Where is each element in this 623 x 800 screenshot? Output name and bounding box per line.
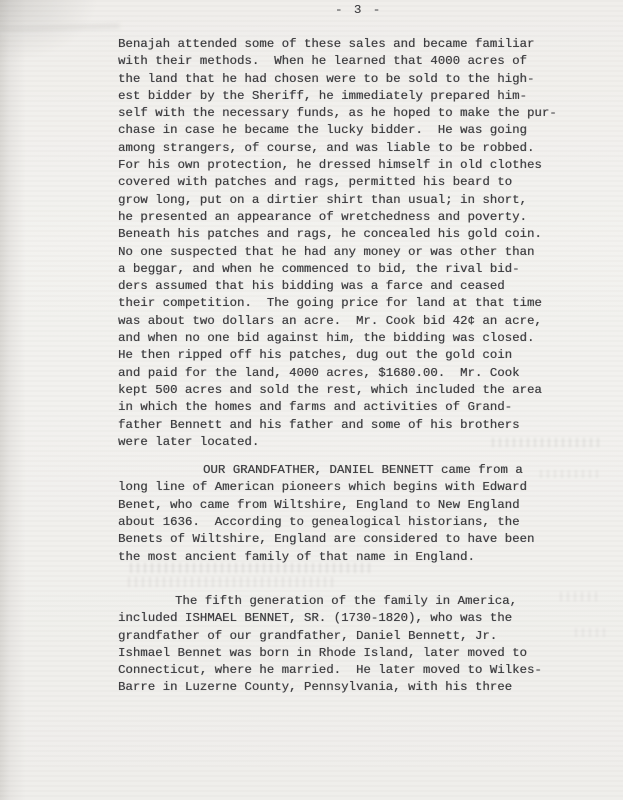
text-line: Beneath his patches and rags, he conceal… — [118, 226, 586, 243]
text-line: with their methods. When he learned that… — [118, 53, 586, 70]
text-line: Ishmael Bennet was born in Rhode Island,… — [118, 645, 586, 662]
text-line: he presented an appearance of wretchedne… — [118, 209, 586, 226]
text-line: and paid for the land, 4000 acres, $1680… — [118, 365, 586, 382]
text-line: grandfather of our grandfather, Daniel B… — [118, 628, 586, 645]
text-body: Benajah attended some of these sales and… — [118, 36, 586, 697]
text-line: in which the homes and farms and activit… — [118, 399, 586, 416]
paper-wrinkle — [0, 24, 120, 36]
text-line: father Bennett and his father and some o… — [118, 417, 586, 434]
text-line: included ISHMAEL BENNET, SR. (1730-1820)… — [118, 610, 586, 627]
page-number: - 3 - — [335, 3, 382, 17]
text-line: a beggar, and when he commenced to bid, … — [118, 261, 586, 278]
text-line: For his own protection, he dressed himse… — [118, 157, 586, 174]
text-line: about 1636. According to genealogical hi… — [118, 514, 586, 531]
text-line: kept 500 acres and sold the rest, which … — [118, 382, 586, 399]
text-line: grow long, put on a dirtier shirt than u… — [118, 192, 586, 209]
text-line: Benets of Wiltshire, England are conside… — [118, 531, 586, 548]
text-line: est bidder by the Sheriff, he immediatel… — [118, 88, 586, 105]
paragraph: The fifth generation of the family in Am… — [118, 593, 586, 697]
text-line: ders assumed that his bidding was a farc… — [118, 278, 586, 295]
paragraph: OUR GRANDFATHER, DANIEL BENNETT came fro… — [118, 462, 586, 566]
text-line: self with the necessary funds, as he hop… — [118, 105, 586, 122]
paragraph: Benajah attended some of these sales and… — [118, 36, 586, 451]
text-line: was about two dollars an acre. Mr. Cook … — [118, 313, 586, 330]
text-line: the land that he had chosen were to be s… — [118, 71, 586, 88]
text-line: their competition. The going price for l… — [118, 295, 586, 312]
text-line: OUR GRANDFATHER, DANIEL BENNETT came fro… — [118, 462, 586, 479]
text-line: Benet, who came from Wiltshire, England … — [118, 497, 586, 514]
text-line: among strangers, of course, and was liab… — [118, 140, 586, 157]
scanned-typewritten-page: { "colors": { "paper": "#f1f0ed", "ink":… — [0, 0, 623, 800]
text-line: Connecticut, where he married. He later … — [118, 662, 586, 679]
text-line: covered with patches and rags, permitted… — [118, 174, 586, 191]
text-line: were later located. — [118, 434, 586, 451]
text-line: The fifth generation of the family in Am… — [118, 593, 586, 610]
text-line: and when no one bid against him, the bid… — [118, 330, 586, 347]
text-line: Barre in Luzerne County, Pennsylvania, w… — [118, 679, 586, 696]
text-line: long line of American pioneers which beg… — [118, 479, 586, 496]
text-line: the most ancient family of that name in … — [118, 549, 586, 566]
text-line: chase in case he became the lucky bidder… — [118, 122, 586, 139]
text-line: No one suspected that he had any money o… — [118, 244, 586, 261]
text-line: Benajah attended some of these sales and… — [118, 36, 586, 53]
text-line: He then ripped off his patches, dug out … — [118, 347, 586, 364]
